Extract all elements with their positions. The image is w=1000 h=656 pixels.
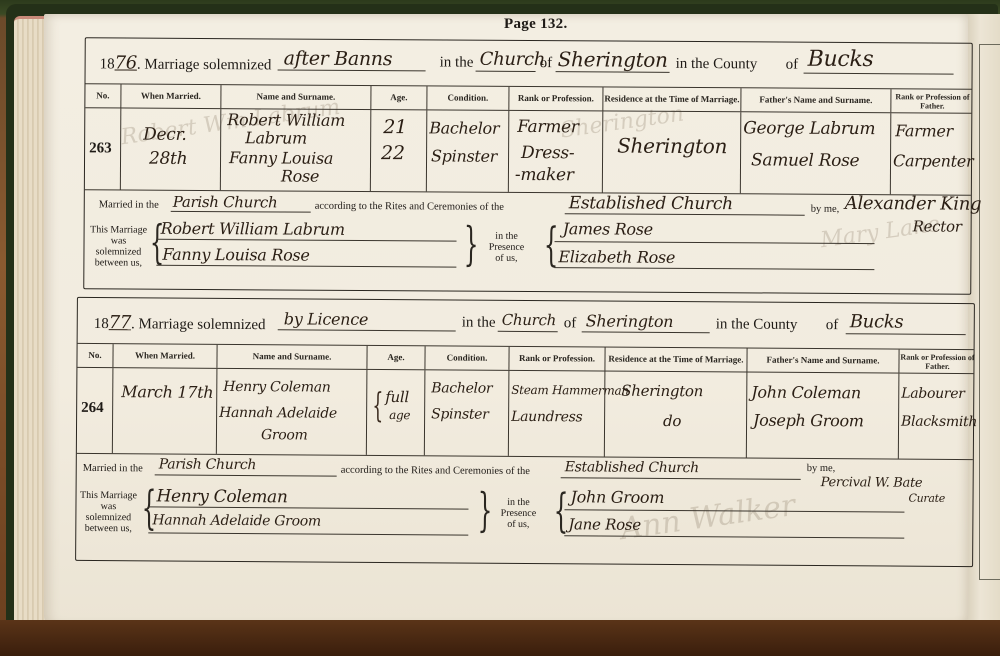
- col-father-rank: Rank or Profession of Father.: [899, 350, 975, 374]
- col-rank: Rank or Profession.: [509, 87, 603, 111]
- col-residence: Residence at the Time of Marriage.: [605, 348, 747, 372]
- page-number: Page 132.: [504, 16, 568, 33]
- cell-when-married: Decr. 28th: [121, 109, 221, 191]
- table-row: 263 Decr. 28th Robert William Labrum Fan…: [85, 108, 971, 195]
- label-marriage-solemnized: Marriage solemnized: [138, 316, 265, 333]
- building-type: Church: [480, 49, 546, 70]
- year-prefix: 18: [94, 316, 109, 332]
- col-age: Age.: [367, 346, 425, 369]
- witness-signature-1: James Rose: [563, 219, 653, 239]
- label-of: of: [540, 55, 553, 72]
- cell-conditions: Bachelor Spinster: [427, 110, 509, 191]
- col-when-married: When Married.: [113, 344, 217, 368]
- label-this-marriage: This Marriage was solemnized between us,: [78, 490, 138, 534]
- building-type: Church: [502, 311, 556, 329]
- cell-fathers: George Labrum Samuel Rose: [741, 112, 891, 194]
- col-father-rank: Rank or Profession of Father.: [891, 89, 973, 113]
- cell-ages: 21 22: [371, 110, 427, 191]
- county-name: Bucks: [850, 311, 904, 332]
- cell-father-ranks: Farmer Carpenter: [891, 113, 973, 194]
- signatures-block: This Marriage was solemnized between us,…: [76, 482, 973, 566]
- rites-of: Established Church: [565, 459, 699, 476]
- label-county: in the County: [676, 56, 758, 73]
- married-in-row: Married in the Parish Church according t…: [77, 454, 973, 486]
- table-row: 264 March 17th Henry Coleman Hannah Adel…: [77, 368, 974, 460]
- parish-name: Sherington: [558, 47, 668, 72]
- label-in-presence: in the Presence of us,: [488, 497, 548, 530]
- married-in-place: Parish Church: [173, 193, 278, 212]
- col-no: No.: [85, 84, 121, 107]
- witness-signature-2: Elizabeth Rose: [558, 247, 675, 267]
- col-rank: Rank or Profession.: [509, 347, 605, 371]
- cell-when-married: March 17th: [113, 368, 218, 454]
- label-in-presence: in the Presence of us,: [476, 231, 536, 264]
- county-name: Bucks: [808, 47, 874, 72]
- solemnized-by: after Banns: [284, 48, 393, 71]
- cell-rank: Steam Hammerman Laundress: [509, 371, 606, 457]
- cell-no: 264: [77, 368, 114, 453]
- parish-name: Sherington: [586, 311, 674, 331]
- col-father-name: Father's Name and Surname.: [747, 349, 899, 373]
- desk-edge: [0, 620, 1000, 656]
- party-signature-groom: Robert William Labrum: [161, 219, 345, 239]
- col-condition: Condition.: [427, 86, 509, 110]
- cell-ages: { full age: [367, 370, 426, 455]
- cell-fathers: John Coleman Joseph Groom: [747, 373, 900, 459]
- col-name: Name and Surname.: [221, 85, 371, 109]
- col-when-married: When Married.: [121, 85, 221, 109]
- party-signature-groom: Henry Coleman: [156, 486, 287, 507]
- cell-rank: Farmer Dress- -maker: [509, 111, 603, 193]
- cell-names: Henry Coleman Hannah Adelaide Groom: [217, 369, 368, 455]
- year-suffix: 76: [115, 52, 137, 73]
- label-marriage-solemnized: Marriage solemnized: [144, 57, 271, 74]
- witness-signature-1: John Groom: [570, 487, 664, 507]
- label-in-the: in the: [440, 54, 474, 71]
- year-prefix: 18: [100, 56, 115, 72]
- entry-title-row: 1876. Marriage solemnized after Banns in…: [85, 38, 971, 89]
- cell-residence: Sherington: [603, 111, 741, 193]
- rites-of: Established Church: [569, 193, 733, 214]
- brace-left: {: [544, 221, 559, 267]
- married-in-place: Parish Church: [159, 456, 256, 473]
- party-signature-bride: Hannah Adelaide Groom: [152, 512, 321, 529]
- solemnized-by: by Licence: [284, 309, 368, 329]
- col-condition: Condition.: [425, 346, 509, 370]
- cell-father-ranks: Labourer Blacksmith: [899, 374, 976, 460]
- col-no: No.: [77, 344, 113, 367]
- col-residence: Residence at the Time of Marriage.: [603, 87, 741, 111]
- witness-signature-2: Jane Rose: [568, 515, 641, 534]
- cell-residence: Sherington do: [605, 372, 748, 458]
- officiant-signature: Alexander King: [845, 193, 982, 215]
- cell-conditions: Bachelor Spinster: [425, 370, 510, 456]
- entry-title-row: 1877. Marriage solemnized by Licence in …: [78, 298, 974, 350]
- year-suffix: 77: [109, 312, 131, 333]
- cell-names: Robert William Labrum Fanny Louisa Rose: [221, 109, 371, 191]
- col-name: Name and Surname.: [217, 345, 367, 369]
- cell-no: 263: [85, 108, 121, 189]
- label-of: of: [786, 57, 799, 74]
- signatures-block: This Marriage was solemnized between us,…: [84, 216, 970, 293]
- marriage-entry-263: 1876. Marriage solemnized after Banns in…: [83, 37, 973, 294]
- label-this-marriage: This Marriage was solemnized between us,: [88, 224, 148, 268]
- party-signature-bride: Fanny Louisa Rose: [162, 245, 309, 265]
- col-father-name: Father's Name and Surname.: [741, 88, 891, 112]
- marriage-entry-264: 1877. Marriage solemnized by Licence in …: [75, 297, 975, 567]
- col-age: Age.: [371, 86, 427, 109]
